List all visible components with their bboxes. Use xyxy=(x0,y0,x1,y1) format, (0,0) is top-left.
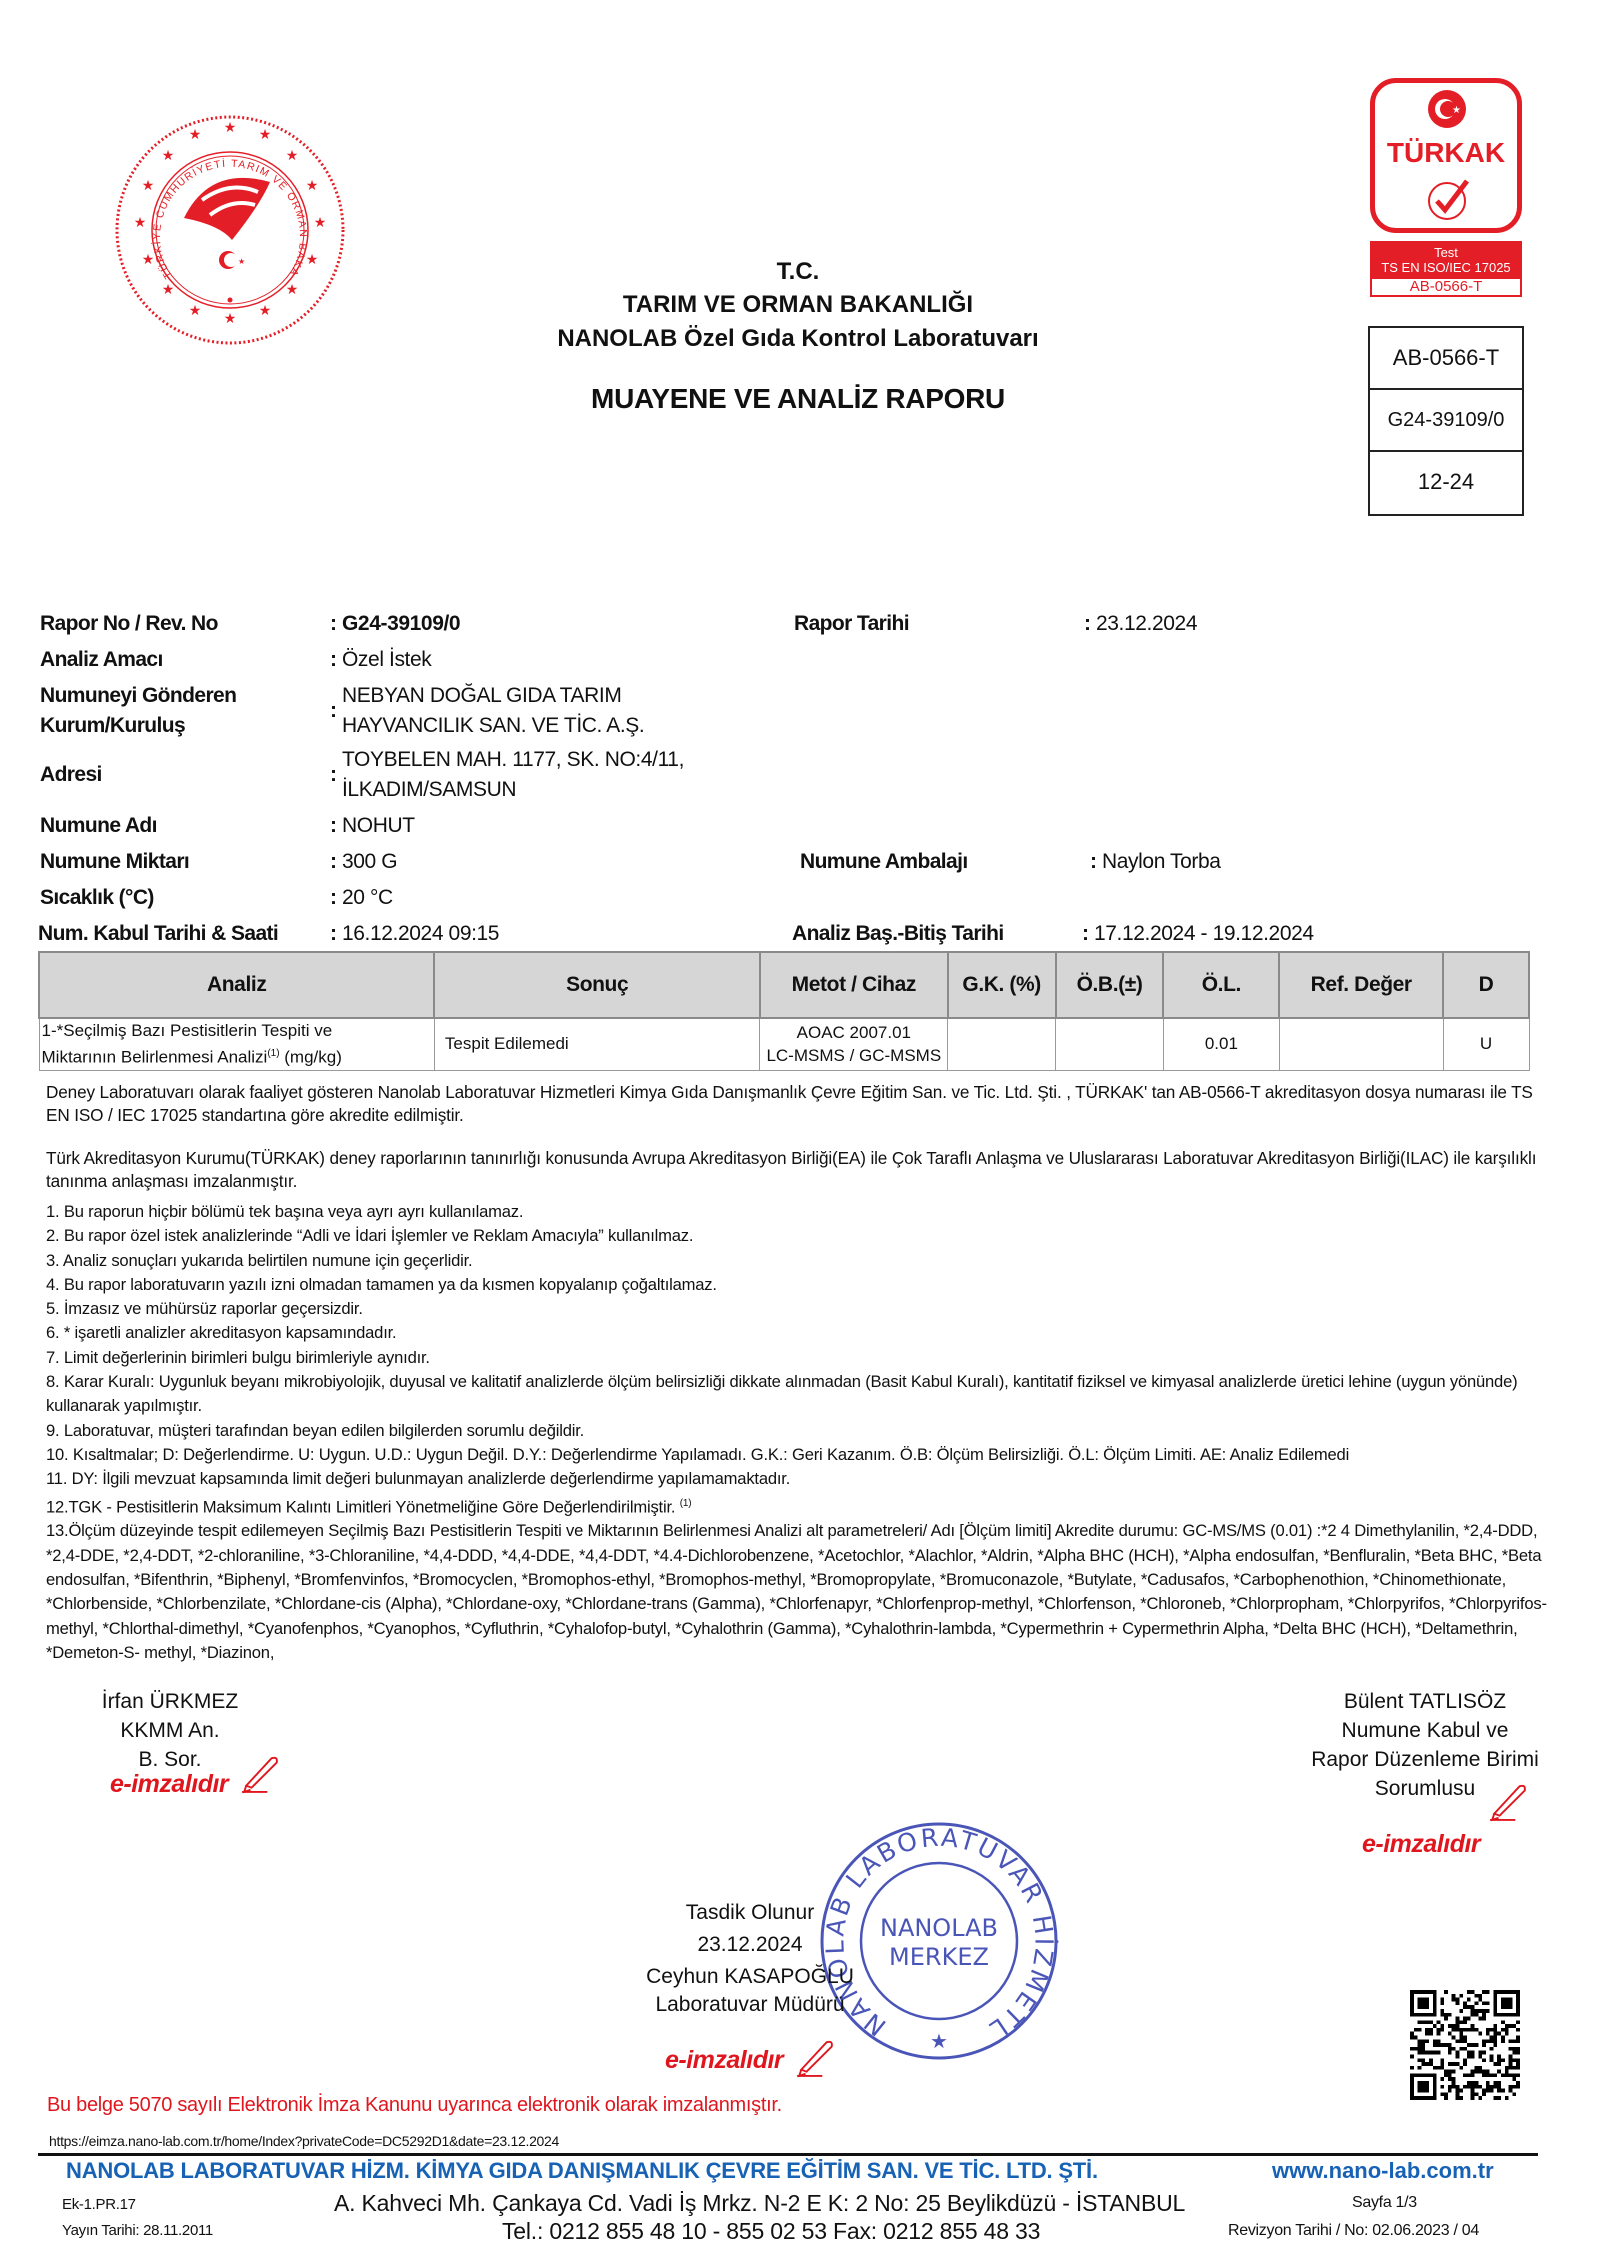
note-item: 7. Limit değerlerinin birimleri bulgu bi… xyxy=(46,1346,1556,1370)
note-item: 8. Karar Kuralı: Uygunluk beyanı mikrobi… xyxy=(46,1370,1556,1419)
rapor-no-value: G24-39109/0 xyxy=(342,612,460,636)
gonderen-label-1: Numuneyi Gönderen xyxy=(40,684,236,708)
colon: : xyxy=(330,886,337,910)
footer-company-name: NANOLAB LABORATUVAR HİZM. KİMYA GIDA DAN… xyxy=(66,2158,1098,2184)
note-item: 1. Bu raporun hiçbir bölümü tek başına v… xyxy=(46,1200,1556,1224)
pen-icon xyxy=(795,2036,837,2078)
svg-text:★: ★ xyxy=(306,178,319,194)
gonderen-label-2: Kurum/Kuruluş xyxy=(40,714,185,738)
signer-title: Numune Kabul ve xyxy=(1290,1716,1560,1745)
report-number: G24-39109/0 xyxy=(1370,390,1522,452)
signer-title: KKMM An. xyxy=(80,1716,260,1745)
verification-url[interactable]: https://eimza.nano-lab.com.tr/home/Index… xyxy=(49,2133,559,2149)
footer-phone: Tel.: 0212 855 48 10 - 855 02 53 Fax: 02… xyxy=(502,2218,1040,2245)
analiz-line-1: 1-*Seçilmiş Bazı Pestisitlerin Tespiti v… xyxy=(42,1019,434,1042)
accreditation-number: AB-0566-T xyxy=(1370,328,1522,390)
svg-text:★: ★ xyxy=(930,2029,948,2053)
svg-text:★: ★ xyxy=(314,215,327,231)
col-ol: Ö.L. xyxy=(1163,952,1279,1018)
e-signed-label-center: e-imzalıdır xyxy=(665,2046,783,2075)
pen-icon xyxy=(1488,1780,1530,1822)
stamp-center-1: NANOLAB xyxy=(880,1914,998,1942)
rapor-no-label: Rapor No / Rev. No xyxy=(40,612,218,636)
kabul-tarihi-value: 16.12.2024 09:15 xyxy=(342,922,499,946)
footer-revision: Revizyon Tarihi / No: 02.06.2023 / 04 xyxy=(1228,2222,1479,2240)
svg-text:★: ★ xyxy=(142,178,155,194)
verification-qr-code[interactable] xyxy=(1410,1990,1520,2100)
approval-date: 23.12.2024 xyxy=(630,1929,870,1961)
col-analiz: Analiz xyxy=(39,952,434,1018)
crescent-star-icon: ★ xyxy=(1427,89,1467,129)
signature-center: Tasdik Olunur 23.12.2024 Ceyhun KASAPOĞL… xyxy=(630,1897,870,2021)
svg-text:★: ★ xyxy=(286,148,299,164)
turkak-test-label: Test xyxy=(1370,245,1522,260)
turkak-accreditation-logo: ★ TÜRKAK Test TS EN ISO/IEC 17025 AB-056… xyxy=(1370,78,1522,297)
signer-name: İrfan ÜRKMEZ xyxy=(80,1687,260,1716)
colon: : xyxy=(330,612,337,636)
adres-value-1: TOYBELEN MAH. 1177, SK. NO:4/11, xyxy=(342,748,684,772)
header-ministry: TARIM VE ORMAN BAKANLIĞI xyxy=(0,291,1598,319)
colon: : xyxy=(330,648,337,672)
sicaklik-label: Sıcaklık (°C) xyxy=(40,886,154,910)
svg-text:★: ★ xyxy=(134,215,147,231)
colon: : xyxy=(330,763,337,787)
note-12-text: 12.TGK - Pestisitlerin Maksimum Kalıntı … xyxy=(46,1497,675,1516)
header-tc: T.C. xyxy=(0,258,1598,286)
footer-publish-date: Yayın Tarihi: 28.11.2011 xyxy=(62,2222,213,2239)
colon: : xyxy=(330,699,337,723)
note-item: 5. İmzasız ve mühürsüz raporlar geçersiz… xyxy=(46,1297,1556,1321)
note-item: 2. Bu rapor özel istek analizlerinde “Ad… xyxy=(46,1224,1556,1248)
note-item: 12.TGK - Pestisitlerin Maksimum Kalıntı … xyxy=(46,1492,1556,1520)
kabul-tarihi-label: Num. Kabul Tarihi & Saati xyxy=(38,922,278,946)
adres-value-2: İLKADIM/SAMSUN xyxy=(342,778,516,802)
turkak-standard-label: TS EN ISO/IEC 17025 xyxy=(1370,260,1522,275)
footer-website-link[interactable]: www.nano-lab.com.tr xyxy=(1272,2158,1494,2184)
analiz-tarihi-label: Analiz Baş.-Bitiş Tarihi xyxy=(792,922,1004,946)
e-signed-label-right: e-imzalıdır xyxy=(1362,1830,1480,1859)
signer-title: Rapor Düzenleme Birimi xyxy=(1290,1745,1560,1774)
turkak-wordmark: TÜRKAK xyxy=(1375,137,1517,169)
e-signed-label-left: e-imzalıdır xyxy=(110,1770,228,1799)
svg-text:★: ★ xyxy=(162,148,175,164)
signer-title: Laboratuvar Müdürü xyxy=(630,1989,870,2021)
rapor-tarihi-label: Rapor Tarihi xyxy=(794,612,909,636)
stamp-center-2: MERKEZ xyxy=(889,1943,989,1971)
col-gk: G.K. (%) xyxy=(948,952,1056,1018)
analiz-line-2: Miktarının Belirlenmesi Analizi(1) (mg/k… xyxy=(42,1042,434,1069)
checkmark-icon xyxy=(1427,177,1471,221)
metot-line-1: AOAC 2007.01 xyxy=(760,1021,947,1044)
table-header-row: Analiz Sonuç Metot / Cihaz G.K. (%) Ö.B.… xyxy=(39,952,1529,1018)
results-table: Analiz Sonuç Metot / Cihaz G.K. (%) Ö.B.… xyxy=(38,951,1530,1071)
cell-sonuc: Tespit Edilemedi xyxy=(434,1018,760,1070)
header-lab-name: NANOLAB Özel Gıda Kontrol Laboratuvarı xyxy=(0,325,1598,353)
approval-label: Tasdik Olunur xyxy=(630,1897,870,1929)
table-row: 1-*Seçilmiş Bazı Pestisitlerin Tespiti v… xyxy=(39,1018,1529,1070)
analiz-amaci-value: Özel İstek xyxy=(342,648,431,672)
note-item: 11. DY: İlgili mevzuat kapsamında limit … xyxy=(46,1467,1556,1491)
rapor-tarihi-value: 23.12.2024 xyxy=(1096,612,1197,636)
footnote-ref: (1) xyxy=(680,1498,692,1509)
numune-adi-label: Numune Adı xyxy=(40,814,157,838)
numune-adi-value: NOHUT xyxy=(342,814,415,838)
gonderen-value-1: NEBYAN DOĞAL GIDA TARIM xyxy=(342,684,621,708)
signature-left: İrfan ÜRKMEZ KKMM An. B. Sor. xyxy=(80,1687,260,1774)
note-item: 6. * işaretli analizler akreditasyon kap… xyxy=(46,1321,1556,1345)
colon: : xyxy=(1082,922,1089,946)
numune-miktari-label: Numune Miktarı xyxy=(40,850,189,874)
cell-gk xyxy=(948,1018,1056,1070)
gonderen-value-2: HAYVANCILIK SAN. VE TİC. A.Ş. xyxy=(342,714,644,738)
turkak-accreditation-id: AB-0566-T xyxy=(1370,277,1522,297)
signer-name: Bülent TATLISÖZ xyxy=(1290,1687,1560,1716)
cell-ol: 0.01 xyxy=(1163,1018,1279,1070)
accreditation-paragraph-2: Türk Akreditasyon Kurumu(TÜRKAK) deney r… xyxy=(46,1147,1546,1193)
analiz-tarihi-value: 17.12.2024 - 19.12.2024 xyxy=(1094,922,1314,946)
footer-divider xyxy=(38,2153,1538,2156)
footer-page-number: Sayfa 1/3 xyxy=(1352,2194,1417,2212)
pen-icon xyxy=(240,1752,282,1794)
analiz-name: Miktarının Belirlenmesi Analizi xyxy=(42,1048,268,1067)
col-metot: Metot / Cihaz xyxy=(760,952,948,1018)
footer-doc-code: Ek-1.PR.17 xyxy=(62,2196,136,2213)
accreditation-paragraph-1: Deney Laboratuvarı olarak faaliyet göste… xyxy=(46,1081,1546,1127)
metot-line-2: LC-MSMS / GC-MSMS xyxy=(760,1044,947,1067)
footer-address: A. Kahveci Mh. Çankaya Cd. Vadi İş Mrkz.… xyxy=(334,2190,1185,2217)
col-d: D xyxy=(1443,952,1529,1018)
svg-text:★: ★ xyxy=(224,120,237,136)
cell-ref xyxy=(1279,1018,1443,1070)
turkak-standard-band: Test TS EN ISO/IEC 17025 xyxy=(1370,241,1522,277)
colon: : xyxy=(1084,612,1091,636)
report-id-box: AB-0566-T G24-39109/0 12-24 xyxy=(1368,326,1524,516)
sicaklik-value: 20 °C xyxy=(342,886,393,910)
numune-ambalaji-value: Naylon Torba xyxy=(1102,850,1221,874)
note-item: 3. Analiz sonuçları yukarıda belirtilen … xyxy=(46,1249,1556,1273)
col-sonuc: Sonuç xyxy=(434,952,760,1018)
svg-text:★: ★ xyxy=(1452,105,1461,116)
analiz-amaci-label: Analiz Amacı xyxy=(40,648,163,672)
note-item: 4. Bu rapor laboratuvarın yazılı izni ol… xyxy=(46,1273,1556,1297)
note-item: 10. Kısaltmalar; D: Değerlendirme. U: Uy… xyxy=(46,1443,1556,1467)
cell-analiz: 1-*Seçilmiş Bazı Pestisitlerin Tespiti v… xyxy=(39,1018,434,1070)
note-item: 13.Ölçüm düzeyinde tespit edilemeyen Seç… xyxy=(46,1519,1556,1665)
svg-text:★: ★ xyxy=(189,127,202,143)
report-period: 12-24 xyxy=(1370,452,1522,514)
numune-ambalaji-label: Numune Ambalajı xyxy=(800,850,968,874)
footnote-ref: (1) xyxy=(267,1048,279,1059)
note-item: 9. Laboratuvar, müşteri tarafından beyan… xyxy=(46,1419,1556,1443)
e-signature-notice: Bu belge 5070 sayılı Elektronik İmza Kan… xyxy=(47,2094,782,2117)
col-ref: Ref. Değer xyxy=(1279,952,1443,1018)
analiz-unit: (mg/kg) xyxy=(280,1048,342,1067)
colon: : xyxy=(330,922,337,946)
svg-text:★: ★ xyxy=(259,127,272,143)
notes-list: 1. Bu raporun hiçbir bölümü tek başına v… xyxy=(46,1200,1556,1665)
report-title: MUAYENE VE ANALİZ RAPORU xyxy=(0,383,1598,415)
cell-d: U xyxy=(1443,1018,1529,1070)
colon: : xyxy=(330,850,337,874)
numune-miktari-value: 300 G xyxy=(342,850,397,874)
adres-label: Adresi xyxy=(40,763,102,787)
cell-metot: AOAC 2007.01 LC-MSMS / GC-MSMS xyxy=(760,1018,948,1070)
colon: : xyxy=(330,814,337,838)
colon: : xyxy=(1090,850,1097,874)
cell-ob xyxy=(1056,1018,1164,1070)
col-ob: Ö.B.(±) xyxy=(1056,952,1164,1018)
